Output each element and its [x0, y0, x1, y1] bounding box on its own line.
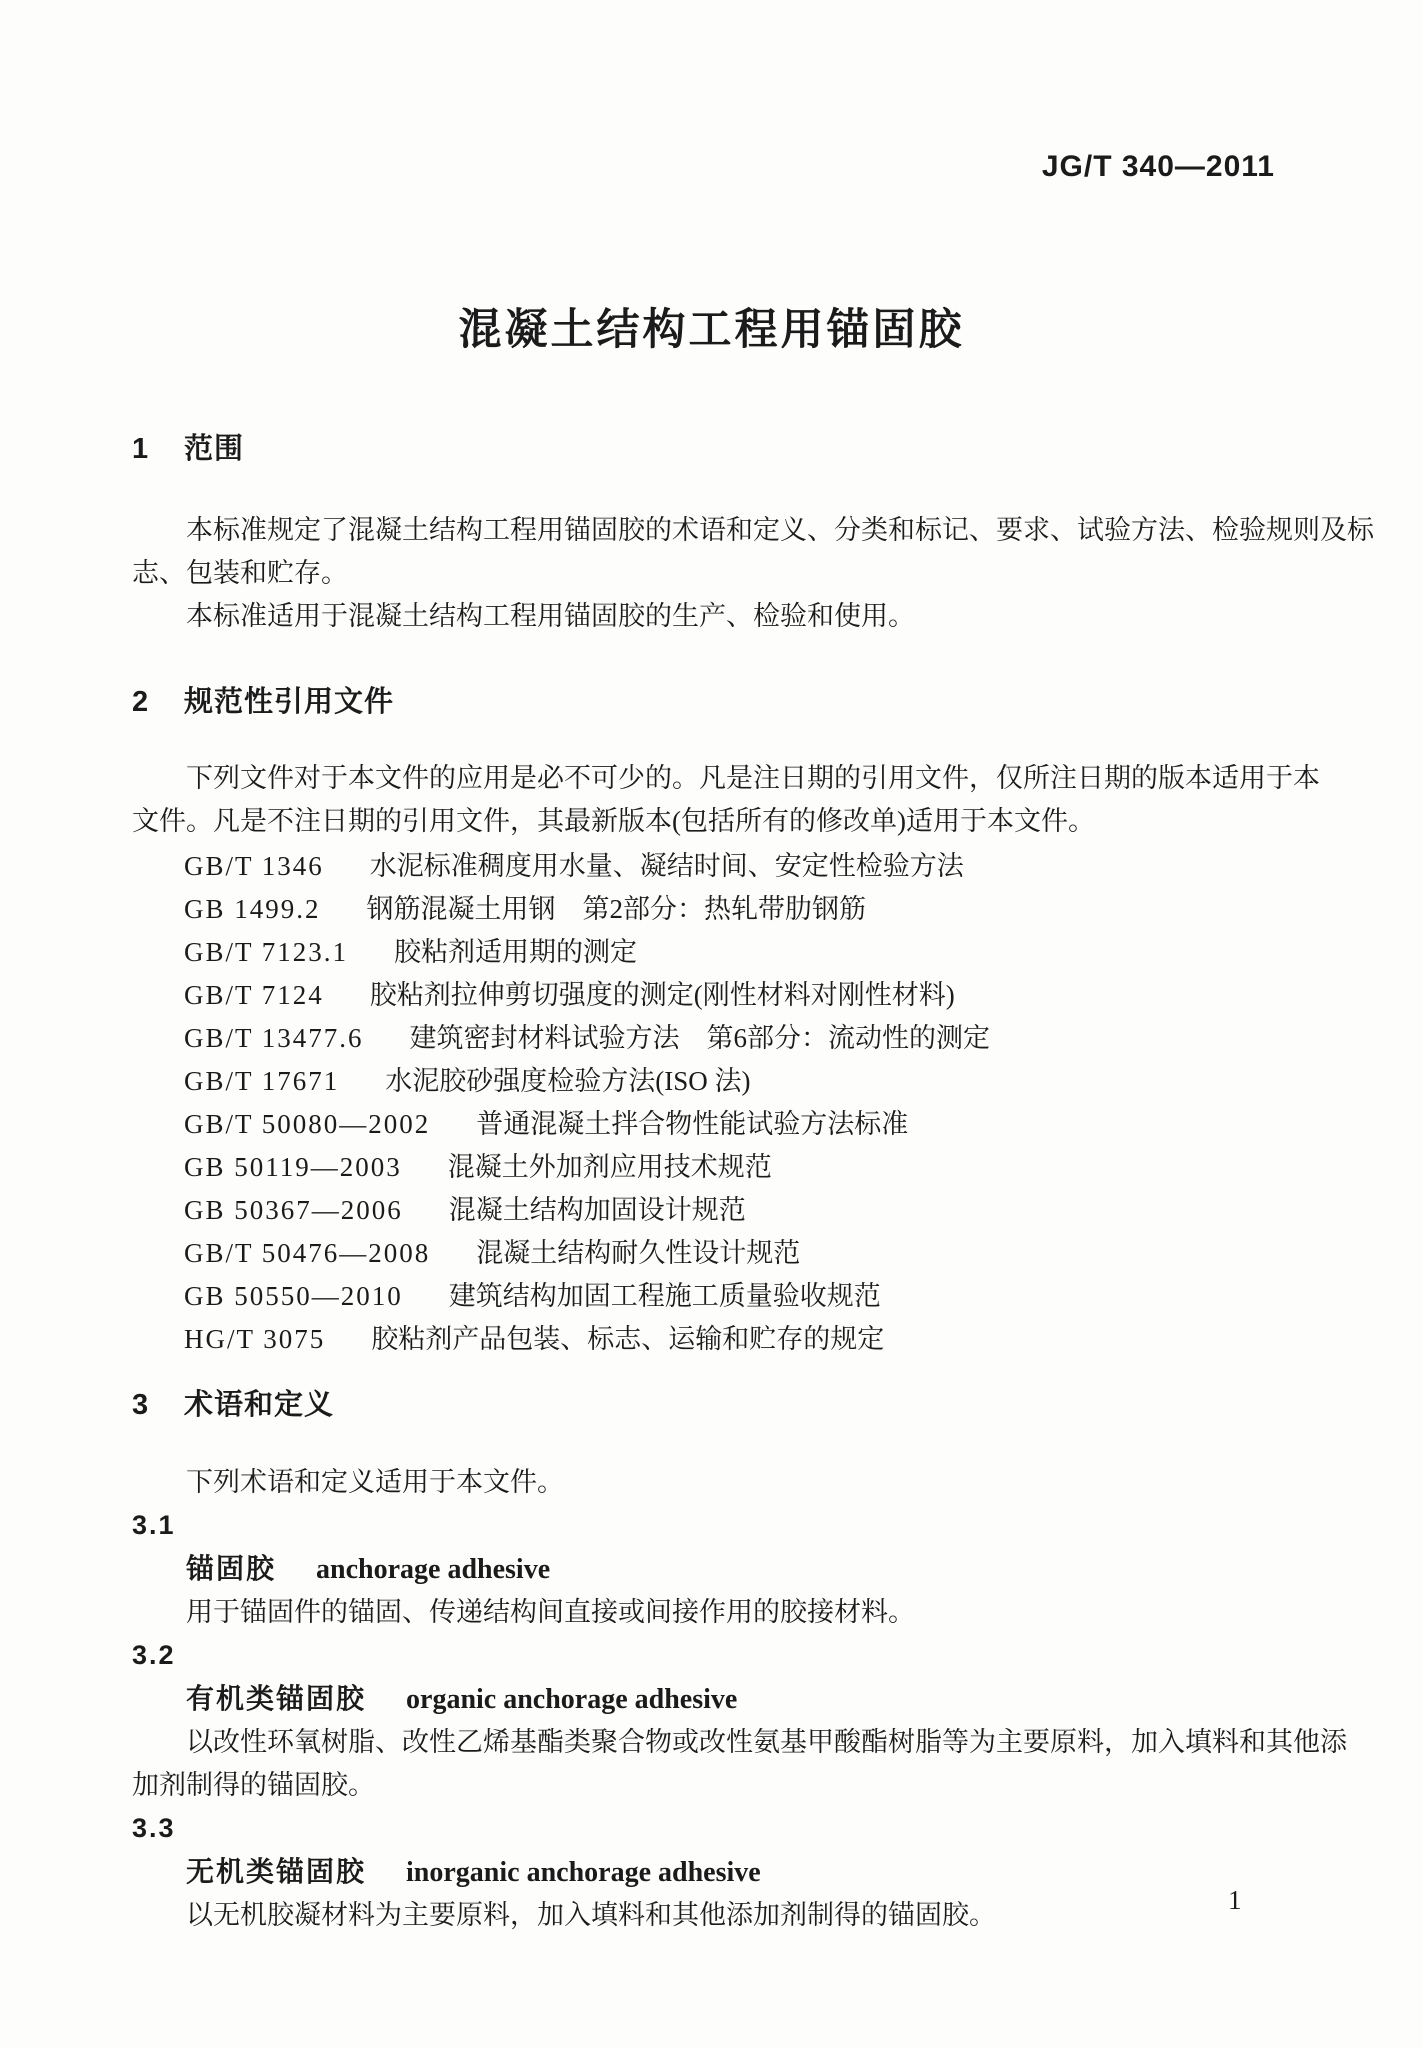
section-2-heading: 2规范性引用文件: [132, 681, 1328, 724]
term-chinese: 有机类锚固胶: [186, 1683, 366, 1714]
clause-number: 3.1: [132, 1504, 1328, 1547]
scope-paragraph-1: 本标准规定了混凝土结构工程用锚固胶的术语和定义、分类和标记、要求、试验方法、检验…: [132, 509, 1328, 595]
reference-code: GB/T 50080—2002: [184, 1109, 430, 1139]
section-1-heading: 1范围: [132, 428, 1328, 471]
section-3-heading: 3术语和定义: [132, 1384, 1328, 1427]
document-title: 混凝土结构工程用锚固胶: [0, 296, 1423, 357]
reference-code: GB/T 7124: [184, 980, 324, 1010]
section-2-title: 规范性引用文件: [184, 686, 394, 718]
reference-item: GB/T 13477.6建筑密封材料试验方法 第6部分：流动性的测定: [132, 1017, 1328, 1060]
reference-item: GB/T 50080—2002普通混凝土拌合物性能试验方法标准: [132, 1103, 1328, 1146]
term-english: inorganic anchorage adhesive: [406, 1857, 761, 1888]
section-1-title: 范围: [184, 433, 244, 465]
text-line: 文件。凡是不注日期的引用文件，其最新版本(包括所有的修改单)适用于本文件。: [132, 800, 1328, 843]
reference-item: GB 50367—2006混凝土结构加固设计规范: [132, 1189, 1328, 1232]
term-english: anchorage adhesive: [316, 1554, 550, 1585]
reference-item: GB/T 7124胶粘剂拉伸剪切强度的测定(刚性材料对刚性材料): [132, 974, 1328, 1017]
text-line: 以无机胶凝材料为主要原料，加入填料和其他添加剂制得的锚固胶。: [132, 1894, 1328, 1937]
reference-title: 胶粘剂适用期的测定: [394, 937, 637, 967]
reference-code: GB/T 13477.6: [184, 1023, 364, 1053]
terms-intro: 下列术语和定义适用于本文件。: [132, 1461, 1328, 1504]
reference-code: HG/T 3075: [184, 1324, 325, 1354]
scope-paragraph-2: 本标准适用于混凝土结构工程用锚固胶的生产、检验和使用。: [132, 595, 1328, 638]
reference-item: GB/T 7123.1胶粘剂适用期的测定: [132, 931, 1328, 974]
term-line: 有机类锚固胶organic anchorage adhesive: [132, 1677, 1328, 1721]
reference-code: GB/T 1346: [184, 851, 324, 881]
reference-code: GB 50550—2010: [184, 1281, 403, 1311]
section-3-number: 3: [132, 1384, 184, 1427]
reference-title: 水泥胶砂强度检验方法(ISO 法): [385, 1066, 750, 1096]
reference-title: 水泥标准稠度用水量、凝结时间、安定性检验方法: [370, 851, 964, 881]
term-line: 无机类锚固胶inorganic anchorage adhesive: [132, 1850, 1328, 1894]
reference-title: 混凝土结构耐久性设计规范: [476, 1238, 800, 1268]
section-1-number: 1: [132, 428, 184, 471]
reference-item: GB/T 50476—2008混凝土结构耐久性设计规范: [132, 1232, 1328, 1275]
reference-item: GB/T 1346水泥标准稠度用水量、凝结时间、安定性检验方法: [132, 845, 1328, 888]
reference-title: 普通混凝土拌合物性能试验方法标准: [476, 1109, 908, 1139]
terms-list: 3.1锚固胶anchorage adhesive用于锚固件的锚固、传递结构间直接…: [132, 1504, 1328, 1937]
term-english: organic anchorage adhesive: [406, 1684, 737, 1715]
reference-code: GB/T 50476—2008: [184, 1238, 430, 1268]
term-definition: 以无机胶凝材料为主要原料，加入填料和其他添加剂制得的锚固胶。: [132, 1894, 1328, 1937]
reference-title: 建筑密封材料试验方法 第6部分：流动性的测定: [410, 1023, 991, 1053]
term-chinese: 无机类锚固胶: [186, 1856, 366, 1887]
reference-item: GB 1499.2钢筋混凝土用钢 第2部分：热轧带肋钢筋: [132, 888, 1328, 931]
text-line: 加剂制得的锚固胶。: [132, 1764, 1328, 1807]
reference-code: GB/T 7123.1: [184, 937, 348, 967]
text-line: 用于锚固件的锚固、传递结构间直接或间接作用的胶接材料。: [132, 1591, 1328, 1634]
clause-number: 3.2: [132, 1634, 1328, 1677]
reference-title: 混凝土外加剂应用技术规范: [448, 1152, 772, 1182]
term-chinese: 锚固胶: [186, 1553, 276, 1584]
term-definition: 用于锚固件的锚固、传递结构间直接或间接作用的胶接材料。: [132, 1591, 1328, 1634]
reference-title: 混凝土结构加固设计规范: [449, 1195, 746, 1225]
reference-code: GB 50119—2003: [184, 1152, 402, 1182]
term-definition: 以改性环氧树脂、改性乙烯基酯类聚合物或改性氨基甲酸酯树脂等为主要原料，加入填料和…: [132, 1721, 1328, 1807]
reference-title: 钢筋混凝土用钢 第2部分：热轧带肋钢筋: [367, 894, 867, 924]
text-line: 本标准规定了混凝土结构工程用锚固胶的术语和定义、分类和标记、要求、试验方法、检验…: [132, 509, 1328, 552]
reference-code: GB/T 17671: [184, 1066, 339, 1096]
clause-number: 3.3: [132, 1807, 1328, 1850]
reference-code: GB 50367—2006: [184, 1195, 403, 1225]
reference-title: 胶粘剂产品包装、标志、运输和贮存的规定: [371, 1324, 884, 1354]
text-line: 下列术语和定义适用于本文件。: [132, 1461, 1328, 1504]
reference-title: 胶粘剂拉伸剪切强度的测定(刚性材料对刚性材料): [370, 980, 955, 1010]
page-number: 1: [1228, 1885, 1242, 1916]
references-intro-paragraph: 下列文件对于本文件的应用是必不可少的。凡是注日期的引用文件，仅所注日期的版本适用…: [132, 757, 1328, 843]
text-line: 本标准适用于混凝土结构工程用锚固胶的生产、检验和使用。: [132, 595, 1328, 638]
section-2-number: 2: [132, 681, 184, 724]
reference-item: GB/T 17671水泥胶砂强度检验方法(ISO 法): [132, 1060, 1328, 1103]
term-line: 锚固胶anchorage adhesive: [132, 1547, 1328, 1591]
text-line: 志、包装和贮存。: [132, 552, 1328, 595]
text-line: 以改性环氧树脂、改性乙烯基酯类聚合物或改性氨基甲酸酯树脂等为主要原料，加入填料和…: [132, 1721, 1328, 1764]
reference-item: GB 50550—2010建筑结构加固工程施工质量验收规范: [132, 1275, 1328, 1318]
reference-item: GB 50119—2003混凝土外加剂应用技术规范: [132, 1146, 1328, 1189]
references-list: GB/T 1346水泥标准稠度用水量、凝结时间、安定性检验方法GB 1499.2…: [132, 845, 1328, 1361]
document-body: 1范围 本标准规定了混凝土结构工程用锚固胶的术语和定义、分类和标记、要求、试验方…: [132, 428, 1328, 1937]
reference-item: HG/T 3075胶粘剂产品包装、标志、运输和贮存的规定: [132, 1318, 1328, 1361]
standard-code: JG/T 340—2011: [1042, 150, 1275, 184]
document-page: JG/T 340—2011 混凝土结构工程用锚固胶 1范围 本标准规定了混凝土结…: [0, 0, 1423, 2048]
reference-code: GB 1499.2: [184, 894, 321, 924]
text-line: 下列文件对于本文件的应用是必不可少的。凡是注日期的引用文件，仅所注日期的版本适用…: [132, 757, 1328, 800]
section-3-title: 术语和定义: [184, 1389, 334, 1421]
reference-title: 建筑结构加固工程施工质量验收规范: [449, 1281, 881, 1311]
